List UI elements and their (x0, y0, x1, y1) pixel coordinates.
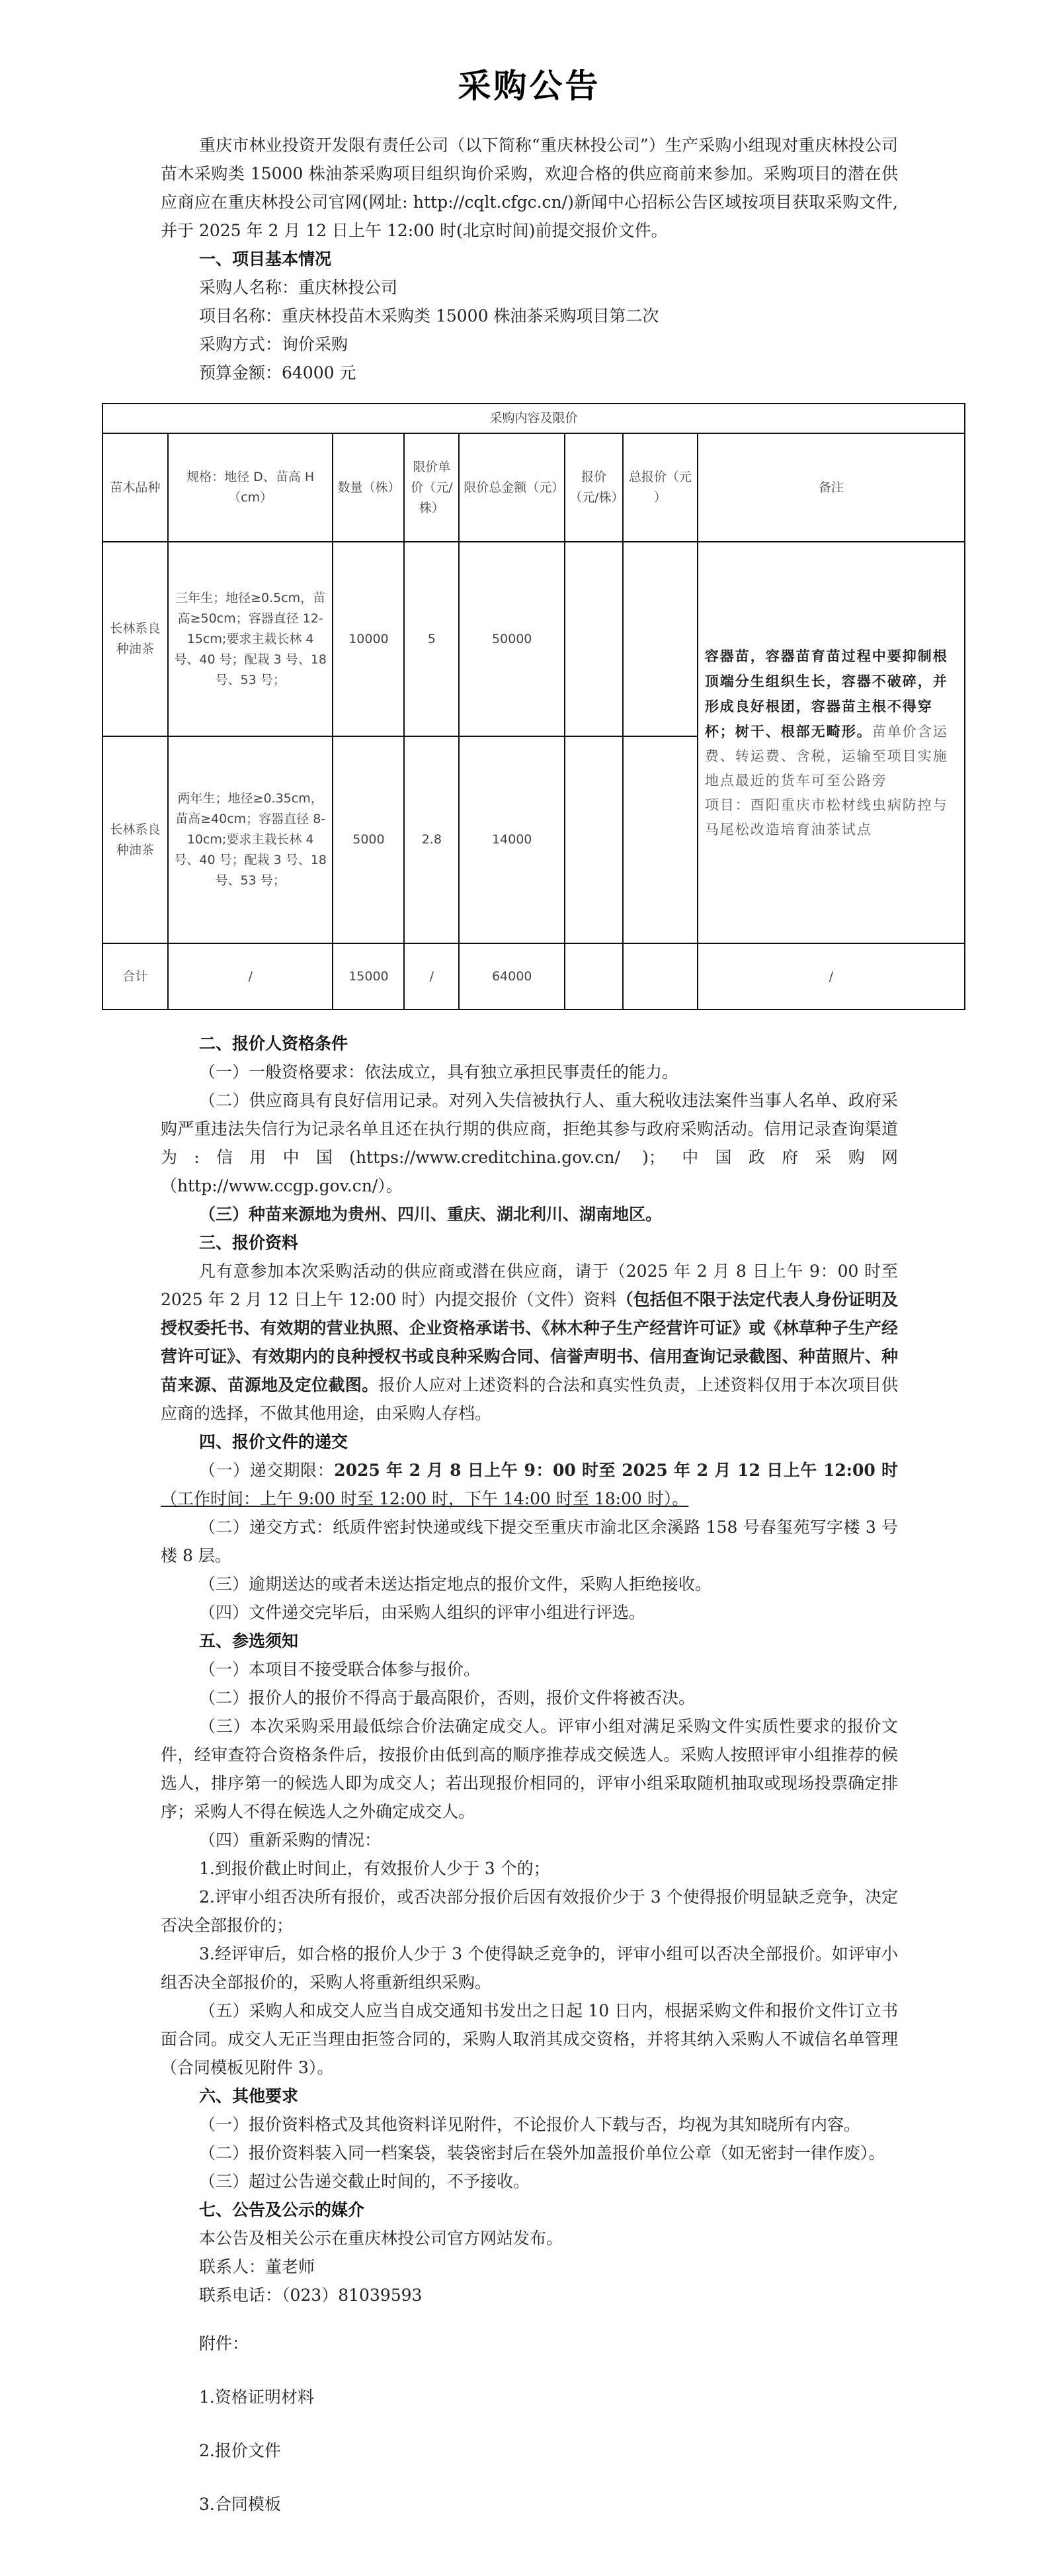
section4-item: （三）逾期送达的或者未送达指定地点的报价文件，采购人拒绝接收。 (161, 1570, 898, 1598)
header-quote: 报价（元/株） (565, 433, 623, 542)
cell-total-quote (623, 736, 698, 943)
cell-qty: 5000 (333, 736, 404, 943)
cell-total-limit: 50000 (459, 542, 565, 736)
table-total-row: 合计 / 15000 / 64000 / (102, 943, 965, 1009)
total-label: 合计 (102, 943, 168, 1009)
section6-item: （一）报价资料格式及其他资料详见附件，不论报价人下载与否，均视为其知晓所有内容。 (161, 2110, 898, 2139)
section6-item: （三）超过公告递交截止时间的，不予接收。 (161, 2167, 898, 2196)
section5-item: 1.到报价截止时间止，有效报价人少于 3 个的； (161, 1854, 898, 1883)
attachments-label: 附件： (199, 2329, 898, 2358)
cell-remark: 容器苗，容器苗育苗过程中要抑制根顶端分生组织生长，容器不破碎，并形成良好根团，容… (698, 542, 965, 943)
total-quote (565, 943, 623, 1009)
section5-item: （一）本项目不接受联合体参与报价。 (161, 1655, 898, 1684)
section6-item: （二）报价资料装入同一档案袋，装袋密封后在袋外加盖报价单位公章（如无密封一律作废… (161, 2139, 898, 2167)
section2-item: （二）供应商具有良好信用记录。对列入失信被执行人、重大税收违法案件当事人名单、政… (161, 1086, 898, 1200)
attachment-item[interactable]: 3.合同模板 (199, 2490, 898, 2518)
table-header-row: 苗木品种 规格：地径 D、苗高 H（cm） 数量（株） 限价单价（元/株） 限价… (102, 433, 965, 542)
section6-heading: 六、其他要求 (161, 2082, 898, 2110)
section5-item: （二）报价人的报价不得高于最高限价，否则，报价文件将被否决。 (161, 1684, 898, 1712)
section5-item: （四）重新采购的情况： (161, 1826, 898, 1854)
section4-item: （四）文件递交完毕后，由采购人组织的评审小组进行评选。 (161, 1598, 898, 1627)
total-unit-limit: / (404, 943, 459, 1009)
section3-text: 凡有意参加本次采购活动的供应商或潜在供应商，请于（2025 年 2 月 8 日上… (161, 1257, 898, 1428)
section1-heading: 一、项目基本情况 (161, 245, 898, 273)
header-total-quote: 总报价（元 ） (623, 433, 698, 542)
header-remark: 备注 (698, 433, 965, 542)
cell-total-limit: 14000 (459, 736, 565, 943)
publication-media: 本公告及相关公示在重庆林投公司官方网站发布。 (161, 2224, 898, 2253)
table-caption: 采购内容及限价 (102, 404, 965, 433)
cell-total-quote (623, 542, 698, 736)
budget-amount: 预算金额：64000 元 (161, 359, 898, 387)
cell-qty: 10000 (333, 542, 404, 736)
attachment-item[interactable]: 1.资格证明材料 (199, 2383, 898, 2411)
project-name: 项目名称：重庆林投苗木采购类 15000 株油茶采购项目第二次 (161, 302, 898, 330)
header-qty: 数量（株） (333, 433, 404, 542)
header-variety: 苗木品种 (102, 433, 168, 542)
header-total-limit: 限价总金额（元） (459, 433, 565, 542)
total-spec: / (168, 943, 333, 1009)
procurement-table: 采购内容及限价 苗木品种 规格：地径 D、苗高 H（cm） 数量（株） 限价单价… (102, 403, 965, 1010)
cell-spec: 三年生；地径≥0.5cm，苗高≥50cm；容器直径 12-15cm;要求主栽长林… (168, 542, 333, 736)
deadline-label: （一）递交期限： (199, 1461, 334, 1480)
table-row: 长林系良种油茶 三年生；地径≥0.5cm，苗高≥50cm；容器直径 12-15c… (102, 542, 965, 736)
section5-item: （五）采购人和成交人应当自成交通知书发出之日起 10 日内，根据采购文件和报价文… (161, 1996, 898, 2082)
section5-item: 3.经评审后，如合格的报价人少于 3 个使得缺乏竞争的，评审小组可以否决全部报价… (161, 1940, 898, 1996)
total-limit: 64000 (459, 943, 565, 1009)
attachment-item[interactable]: 2.报价文件 (199, 2436, 898, 2465)
header-unit-limit: 限价单价（元/株） (404, 433, 459, 542)
section2-item: （一）一般资格要求：依法成立，具有独立承担民事责任的能力。 (161, 1058, 898, 1086)
section4-item: （二）递交方式：纸质件密封快递或线下提交至重庆市渝北区余溪路 158 号春玺苑写… (161, 1513, 898, 1570)
cell-unit-limit: 5 (404, 542, 459, 736)
section5-heading: 五、参选须知 (161, 1627, 898, 1655)
contact-phone: 联系电话：（023）81039593 (161, 2281, 898, 2309)
total-total-quote (623, 943, 698, 1009)
section5-item: 2.评审小组否决所有报价，或否决部分报价后因有效报价少于 3 个使得报价明显缺乏… (161, 1883, 898, 1940)
cell-variety: 长林系良种油茶 (102, 736, 168, 943)
section7-heading: 七、公告及公示的媒介 (161, 2196, 898, 2224)
deadline-value: 2025 年 2 月 8 日上午 9：00 时至 2025 年 2 月 12 日… (334, 1461, 898, 1480)
section4-heading: 四、报价文件的递交 (161, 1428, 898, 1456)
contact-person: 联系人：董老师 (161, 2253, 898, 2281)
header-spec: 规格：地径 D、苗高 H（cm） (168, 433, 333, 542)
section2-item: （三）种苗来源地为贵州、四川、重庆、湖北利川、湖南地区。 (161, 1200, 898, 1228)
procurement-method: 采购方式：询价采购 (161, 330, 898, 359)
section3-heading: 三、报价资料 (161, 1228, 898, 1257)
cell-quote (565, 542, 623, 736)
remark-project: 项目：酉阳重庆市松材线虫病防控与马尾松改造培育油茶试点 (705, 797, 948, 837)
working-hours: （工作时间：上午 9:00 时至 12:00 时，下午 14:00 时至 18:… (161, 1489, 688, 1508)
intro-block: 重庆市林业投资开发限有责任公司（以下简称“重庆林投公司”）生产采购小组现对重庆林… (161, 131, 898, 387)
purchaser-name: 采购人名称：重庆林投公司 (161, 273, 898, 302)
section2-heading: 二、报价人资格条件 (161, 1029, 898, 1058)
total-remark: / (698, 943, 965, 1009)
intro-paragraph: 重庆市林业投资开发限有责任公司（以下简称“重庆林投公司”）生产采购小组现对重庆林… (161, 131, 898, 245)
cell-variety: 长林系良种油茶 (102, 542, 168, 736)
section4-item: （一）递交期限：2025 年 2 月 8 日上午 9：00 时至 2025 年 … (161, 1456, 898, 1513)
cell-unit-limit: 2.8 (404, 736, 459, 943)
page-title: 采购公告 (161, 60, 898, 107)
total-qty: 15000 (333, 943, 404, 1009)
cell-quote (565, 736, 623, 943)
cell-spec: 两年生；地径≥0.35cm，苗高≥40cm；容器直径 8-10cm;要求主栽长林… (168, 736, 333, 943)
section5-item: （三）本次采购采用最低综合价法确定成交人。评审小组对满足采购文件实质性要求的报价… (161, 1712, 898, 1826)
